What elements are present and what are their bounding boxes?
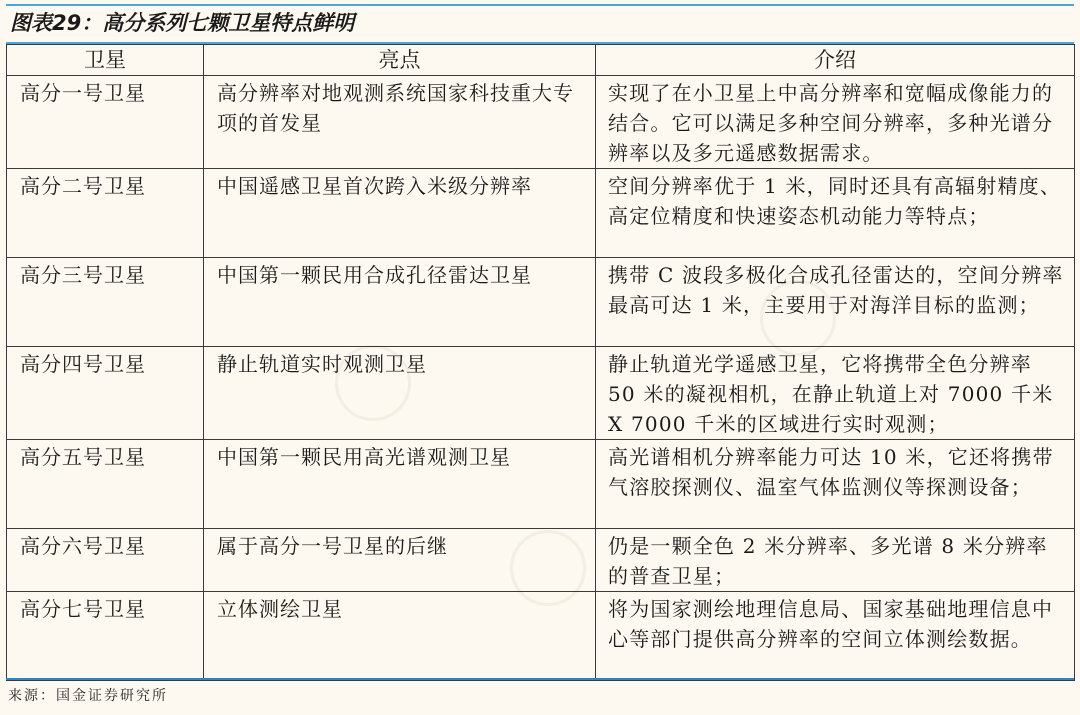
satellite-name: 高分四号卫星 <box>7 347 203 379</box>
satellite-name: 高分六号卫星 <box>7 529 203 561</box>
satellite-intro: 将为国家测绘地理信息局、国家基础地理信息中心等部门提供高分辨率的空间立体测绘数据… <box>596 592 1074 654</box>
bottom-accent-rule <box>6 678 1074 680</box>
satellite-name: 高分三号卫星 <box>7 258 203 290</box>
source-note: 来源：国金证券研究所 <box>8 686 168 706</box>
satellite-name: 高分二号卫星 <box>7 169 203 201</box>
satellite-highlight: 立体测绘卫星 <box>204 592 595 624</box>
satellite-highlight: 高分辨率对地观测系统国家科技重大专项的首发星 <box>204 76 595 138</box>
table-row: 高分七号卫星 立体测绘卫星 将为国家测绘地理信息局、国家基础地理信息中心等部门提… <box>7 592 1075 681</box>
satellite-name: 高分一号卫星 <box>7 76 203 108</box>
table-row: 高分四号卫星 静止轨道实时观测卫星 静止轨道光学遥感卫星，它将携带全色分辨率 5… <box>7 347 1075 440</box>
satellite-intro: 实现了在小卫星上中高分辨率和宽幅成像能力的结合。它可以满足多种空间分辨率，多种光… <box>596 76 1074 168</box>
satellite-intro: 静止轨道光学遥感卫星，它将携带全色分辨率 50 米的凝视相机，在静止轨道上对 7… <box>596 347 1074 439</box>
satellite-name: 高分五号卫星 <box>7 440 203 472</box>
satellite-intro: 携带 C 波段多极化合成孔径雷达的，空间分辨率最高可达 1 米，主要用于对海洋目… <box>596 258 1074 320</box>
satellite-intro: 仍是一颗全色 2 米分辨率、多光谱 8 米分辨率的普查卫星； <box>596 529 1074 591</box>
table-row: 高分五号卫星 中国第一颗民用高光谱观测卫星 高光谱相机分辨率能力可达 10 米，… <box>7 440 1075 529</box>
satellite-highlight: 静止轨道实时观测卫星 <box>204 347 595 379</box>
satellite-table-container: 卫星 亮点 介绍 高分一号卫星 高分辨率对地观测系统国家科技重大专项的首发星 实… <box>6 42 1074 681</box>
table-row: 高分六号卫星 属于高分一号卫星的后继 仍是一颗全色 2 米分辨率、多光谱 8 米… <box>7 529 1075 592</box>
table-header-row: 卫星 亮点 介绍 <box>7 45 1075 76</box>
satellite-name: 高分七号卫星 <box>7 592 203 624</box>
table-row: 高分一号卫星 高分辨率对地观测系统国家科技重大专项的首发星 实现了在小卫星上中高… <box>7 76 1075 169</box>
header-highlight: 亮点 <box>204 45 596 76</box>
satellite-table: 卫星 亮点 介绍 高分一号卫星 高分辨率对地观测系统国家科技重大专项的首发星 实… <box>6 44 1075 681</box>
header-intro: 介绍 <box>596 45 1075 76</box>
satellite-highlight: 属于高分一号卫星的后继 <box>204 529 595 561</box>
header-satellite: 卫星 <box>7 45 204 76</box>
satellite-highlight: 中国第一颗民用高光谱观测卫星 <box>204 440 595 472</box>
satellite-intro: 高光谱相机分辨率能力可达 10 米，它还将携带气溶胶探测仪、温室气体监测仪等探测… <box>596 440 1074 502</box>
figure-title: 图表29：高分系列七颗卫星特点鲜明 <box>10 8 354 40</box>
table-row: 高分三号卫星 中国第一颗民用合成孔径雷达卫星 携带 C 波段多极化合成孔径雷达的… <box>7 258 1075 347</box>
table-row: 高分二号卫星 中国遥感卫星首次跨入米级分辨率 空间分辨率优于 1 米，同时还具有… <box>7 169 1075 258</box>
satellite-highlight: 中国第一颗民用合成孔径雷达卫星 <box>204 258 595 290</box>
top-accent-rule <box>6 4 1074 6</box>
satellite-highlight: 中国遥感卫星首次跨入米级分辨率 <box>204 169 595 201</box>
satellite-intro: 空间分辨率优于 1 米，同时还具有高辐射精度、高定位精度和快速姿态机动能力等特点… <box>596 169 1074 231</box>
